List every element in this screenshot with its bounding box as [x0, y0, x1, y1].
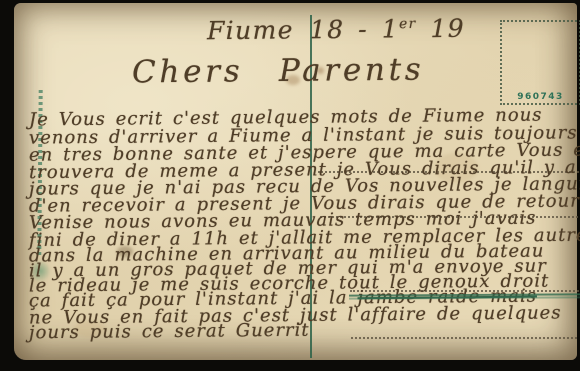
date-line: Fiume18 - 1er 19: [207, 14, 465, 45]
address-line-4: [351, 337, 577, 339]
stamp-box: 960743: [500, 20, 580, 105]
date-day: 18 - 1: [310, 14, 400, 44]
salutation: Chers Parents: [132, 52, 425, 91]
date-place: Fiume: [207, 15, 294, 45]
stamp-box-number: 960743: [502, 92, 579, 102]
message-line: jours puis ce serat Guerrit: [29, 322, 310, 343]
postcard-back: 960743 Fiume18 - 1er 19 Chers Parents Je…: [14, 3, 577, 360]
date-ordinal: er: [399, 16, 417, 32]
date-year: 19: [430, 14, 465, 43]
postcard-photo: 960743 Fiume18 - 1er 19 Chers Parents Je…: [0, 0, 580, 371]
